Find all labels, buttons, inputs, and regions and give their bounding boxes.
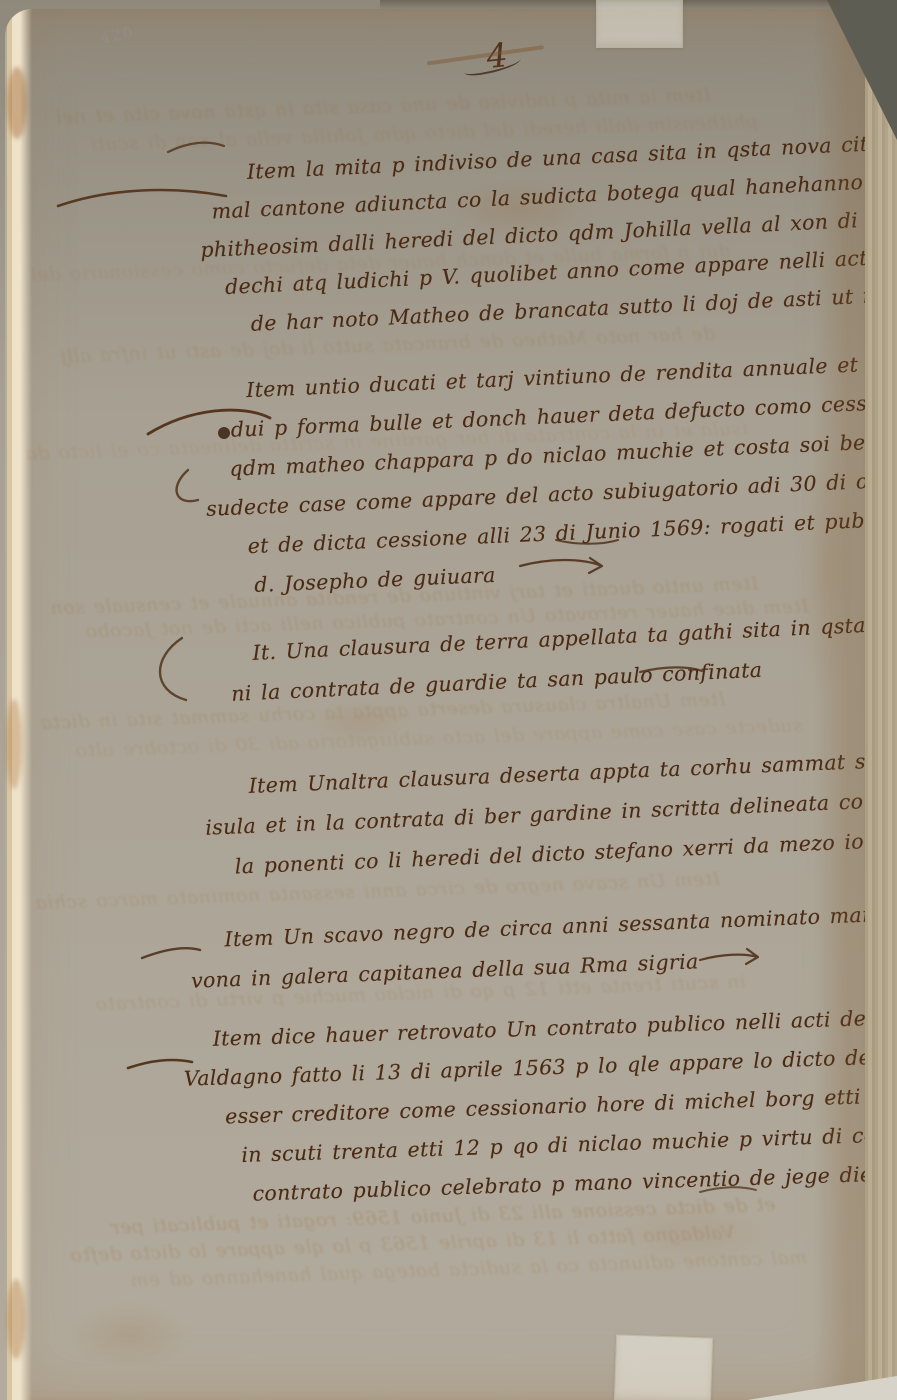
manuscript-photo: Item la mita p indiviso de una casa sita…	[0, 0, 897, 1400]
repair-tape-bottom	[614, 1334, 713, 1400]
entry-paragraph-1: Item la mita p indiviso de una casa sita…	[191, 121, 897, 345]
edge-stain	[7, 1279, 25, 1359]
entry-paragraph-6: Item dice hauer retrovato Un contrato pu…	[182, 995, 897, 1215]
gutter-shadow	[813, 0, 869, 1400]
entry-paragraph-2: Item untio ducati et tarj vintiuno de re…	[200, 339, 897, 607]
stain	[65, 1299, 195, 1369]
edge-stain	[7, 67, 27, 139]
repair-tape-top	[596, 0, 683, 48]
next-page-fore-edge	[865, 0, 897, 1400]
edge-stain	[6, 699, 22, 789]
folio-number-mark: 4	[485, 31, 550, 87]
